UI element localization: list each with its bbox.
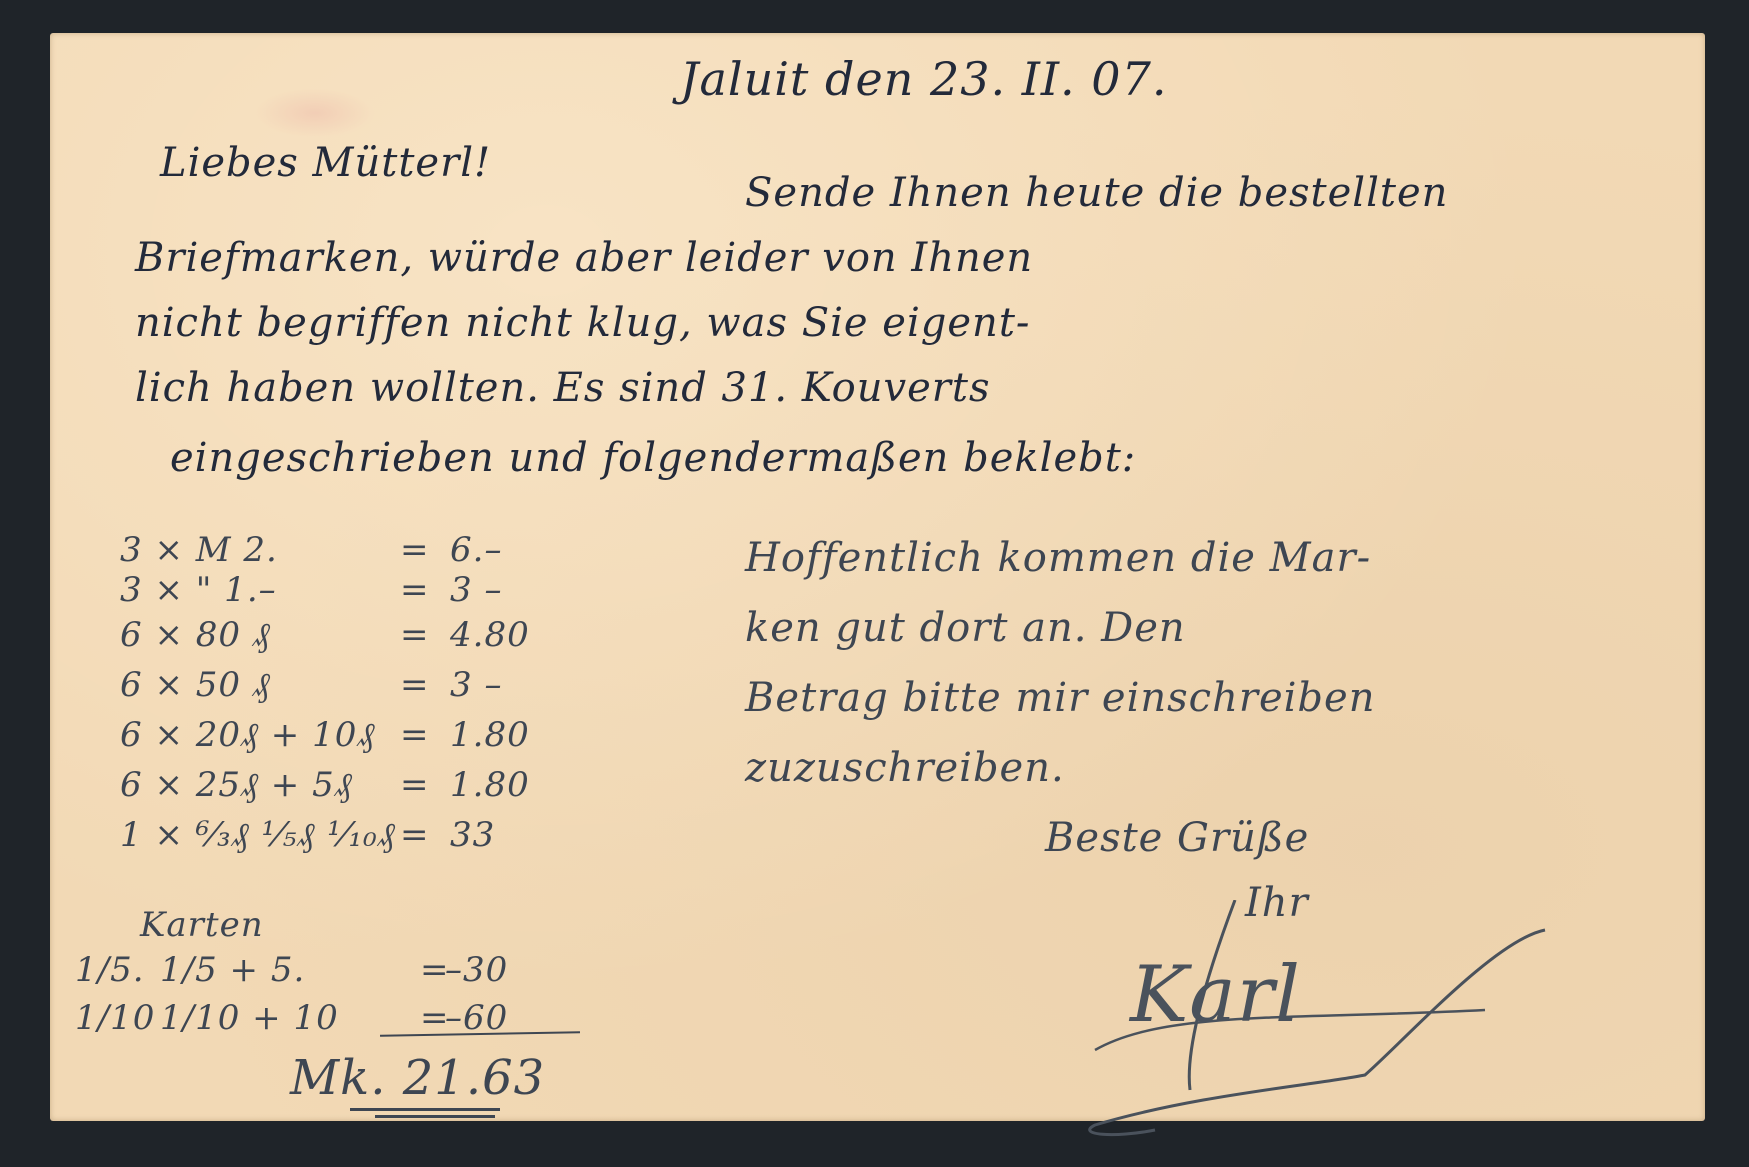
body-line-3: nicht begriffen nicht klug, was Sie eige…: [135, 300, 1030, 346]
date-line: Jaluit den 23. II. 07.: [680, 52, 1167, 106]
calc-subheading: Karten: [140, 905, 264, 945]
total-underline-2: [375, 1115, 495, 1118]
faint-red-stamp-mark: [255, 88, 375, 138]
total-underline-1: [350, 1108, 500, 1111]
calculation-block: 3 × M 2. = 6.– 3 × " 1.– = 3 – 6 × 80 ₰ …: [120, 530, 600, 1050]
closing: Beste Grüße: [1045, 815, 1309, 861]
body-line-1: Sende Ihnen heute die bestellten: [745, 170, 1448, 216]
body-line-4: lich haben wollten. Es sind 31. Kouverts: [135, 365, 991, 411]
right-line-3: Betrag bitte mir einschreiben: [745, 675, 1375, 721]
right-line-1: Hoffentlich kommen die Mar-: [745, 535, 1371, 581]
right-line-2: ken gut dort an. Den: [745, 605, 1186, 651]
right-line-4: zuzuschreiben.: [745, 745, 1065, 791]
signature-flourish-icon: [1075, 900, 1675, 1140]
body-line-2: Briefmarken, würde aber leider von Ihnen: [135, 235, 1033, 281]
calc-total: Mk. 21.63: [290, 1050, 545, 1106]
body-line-5: eingeschrieben und folgendermaßen bekleb…: [170, 435, 1136, 481]
salutation: Liebes Mütterl!: [160, 140, 491, 186]
